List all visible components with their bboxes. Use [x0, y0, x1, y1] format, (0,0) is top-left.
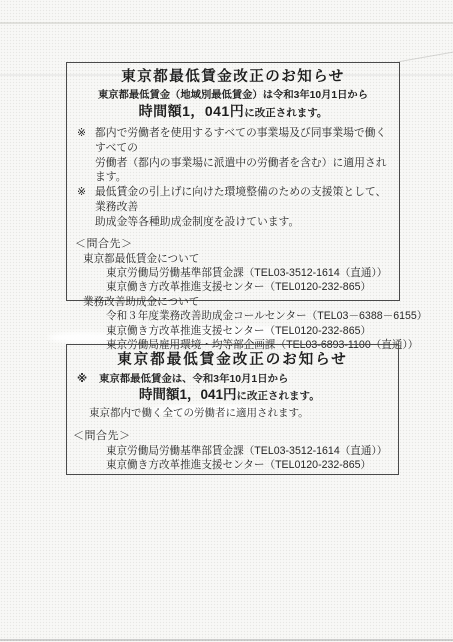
amount-text: 時間額1，041円 — [139, 103, 245, 119]
note-item: ※ 東京都最低賃金は、令和3年10月1日から — [75, 373, 390, 386]
contact-entry: 東京働き方改革推進支援センター（TEL0120-232-865） — [106, 459, 390, 473]
contact-heading: ＜問合先＞ — [73, 429, 390, 444]
amount-line: 時間額1，041円に改正されます。 — [75, 103, 391, 122]
scope-line: 東京都内で働く全ての労働者に適用されます。 — [89, 406, 390, 420]
contact-heading: ＜問合先＞ — [75, 237, 391, 252]
contact-group-label: 業務改善助成金について — [83, 296, 391, 310]
notice-box-large: 東京都最低賃金改正のお知らせ 東京都最低賃金（地域別最低賃金）は令和3年10月1… — [66, 62, 400, 301]
notes-section: ※ 都内で労働者を使用するすべての事業場及び同事業場で働くすべての 労働者（都内… — [75, 126, 391, 230]
note-line: 助成金等各種助成金制度を設けています。 — [95, 215, 391, 230]
note-line: 労働者（都内の事業場に派遣中の労働者を含む）に適用されます。 — [95, 156, 391, 186]
notice-title: 東京都最低賃金改正のお知らせ — [75, 351, 390, 370]
note-line: 最低賃金の引上げに向けた環境整備のための支援策として、業務改善 — [95, 185, 391, 215]
note-line: 都内で労働者を使用するすべての事業場及び同事業場で働くすべての — [95, 126, 391, 156]
amount-text: 時間額1，041円 — [139, 387, 237, 402]
notice-subtitle: 東京都最低賃金（地域別最低賃金）は令和3年10月1日から — [75, 89, 391, 102]
note-marker: ※ — [75, 126, 95, 185]
contact-entry: 令和３年度業務改善助成金コールセンター（TEL03－6388－6155） — [106, 310, 391, 324]
note-item: ※ 最低賃金の引上げに向けた環境整備のための支援策として、業務改善 助成金等各種… — [75, 185, 391, 229]
contact-section: ＜問合先＞ 東京都最低賃金について 東京労働局労働基準部賃金課（TEL03-35… — [75, 237, 391, 353]
amount-line: 時間額1，041円に改正されます。 — [139, 387, 390, 404]
contact-entry: 東京働き方改革推進支援センター（TEL0120-232-865） — [106, 281, 391, 295]
note-item: ※ 都内で労働者を使用するすべての事業場及び同事業場で働くすべての 労働者（都内… — [75, 126, 391, 185]
note-marker: ※ — [75, 185, 95, 229]
scan-edge-line — [0, 639, 453, 641]
amount-suffix-text: に改正されます。 — [244, 107, 327, 119]
notice-box-small: 東京都最低賃金改正のお知らせ ※ 東京都最低賃金は、令和3年10月1日から 時間… — [66, 344, 399, 475]
paper-crease — [398, 51, 453, 62]
notice-title: 東京都最低賃金改正のお知らせ — [75, 68, 391, 87]
note-line: 東京都最低賃金は、令和3年10月1日から — [99, 373, 288, 386]
contact-entry: 東京労働局労働基準部賃金課（TEL03-3512-1614（直通）） — [106, 445, 390, 459]
contact-group-label: 東京都最低賃金について — [83, 253, 391, 267]
scan-artifact-line — [0, 22, 453, 24]
contact-entry: 東京労働局労働基準部賃金課（TEL03-3512-1614（直通）） — [106, 267, 391, 281]
note-marker: ※ — [75, 373, 99, 386]
scanned-document-page: 東京都最低賃金改正のお知らせ 東京都最低賃金（地域別最低賃金）は令和3年10月1… — [0, 0, 453, 642]
contact-section: ＜問合先＞ 東京労働局労働基準部賃金課（TEL03-3512-1614（直通））… — [75, 429, 390, 473]
amount-suffix-text: に改正されます。 — [237, 390, 320, 402]
contact-entry: 東京働き方改革推進支援センター（TEL0120-232-865） — [106, 325, 391, 339]
